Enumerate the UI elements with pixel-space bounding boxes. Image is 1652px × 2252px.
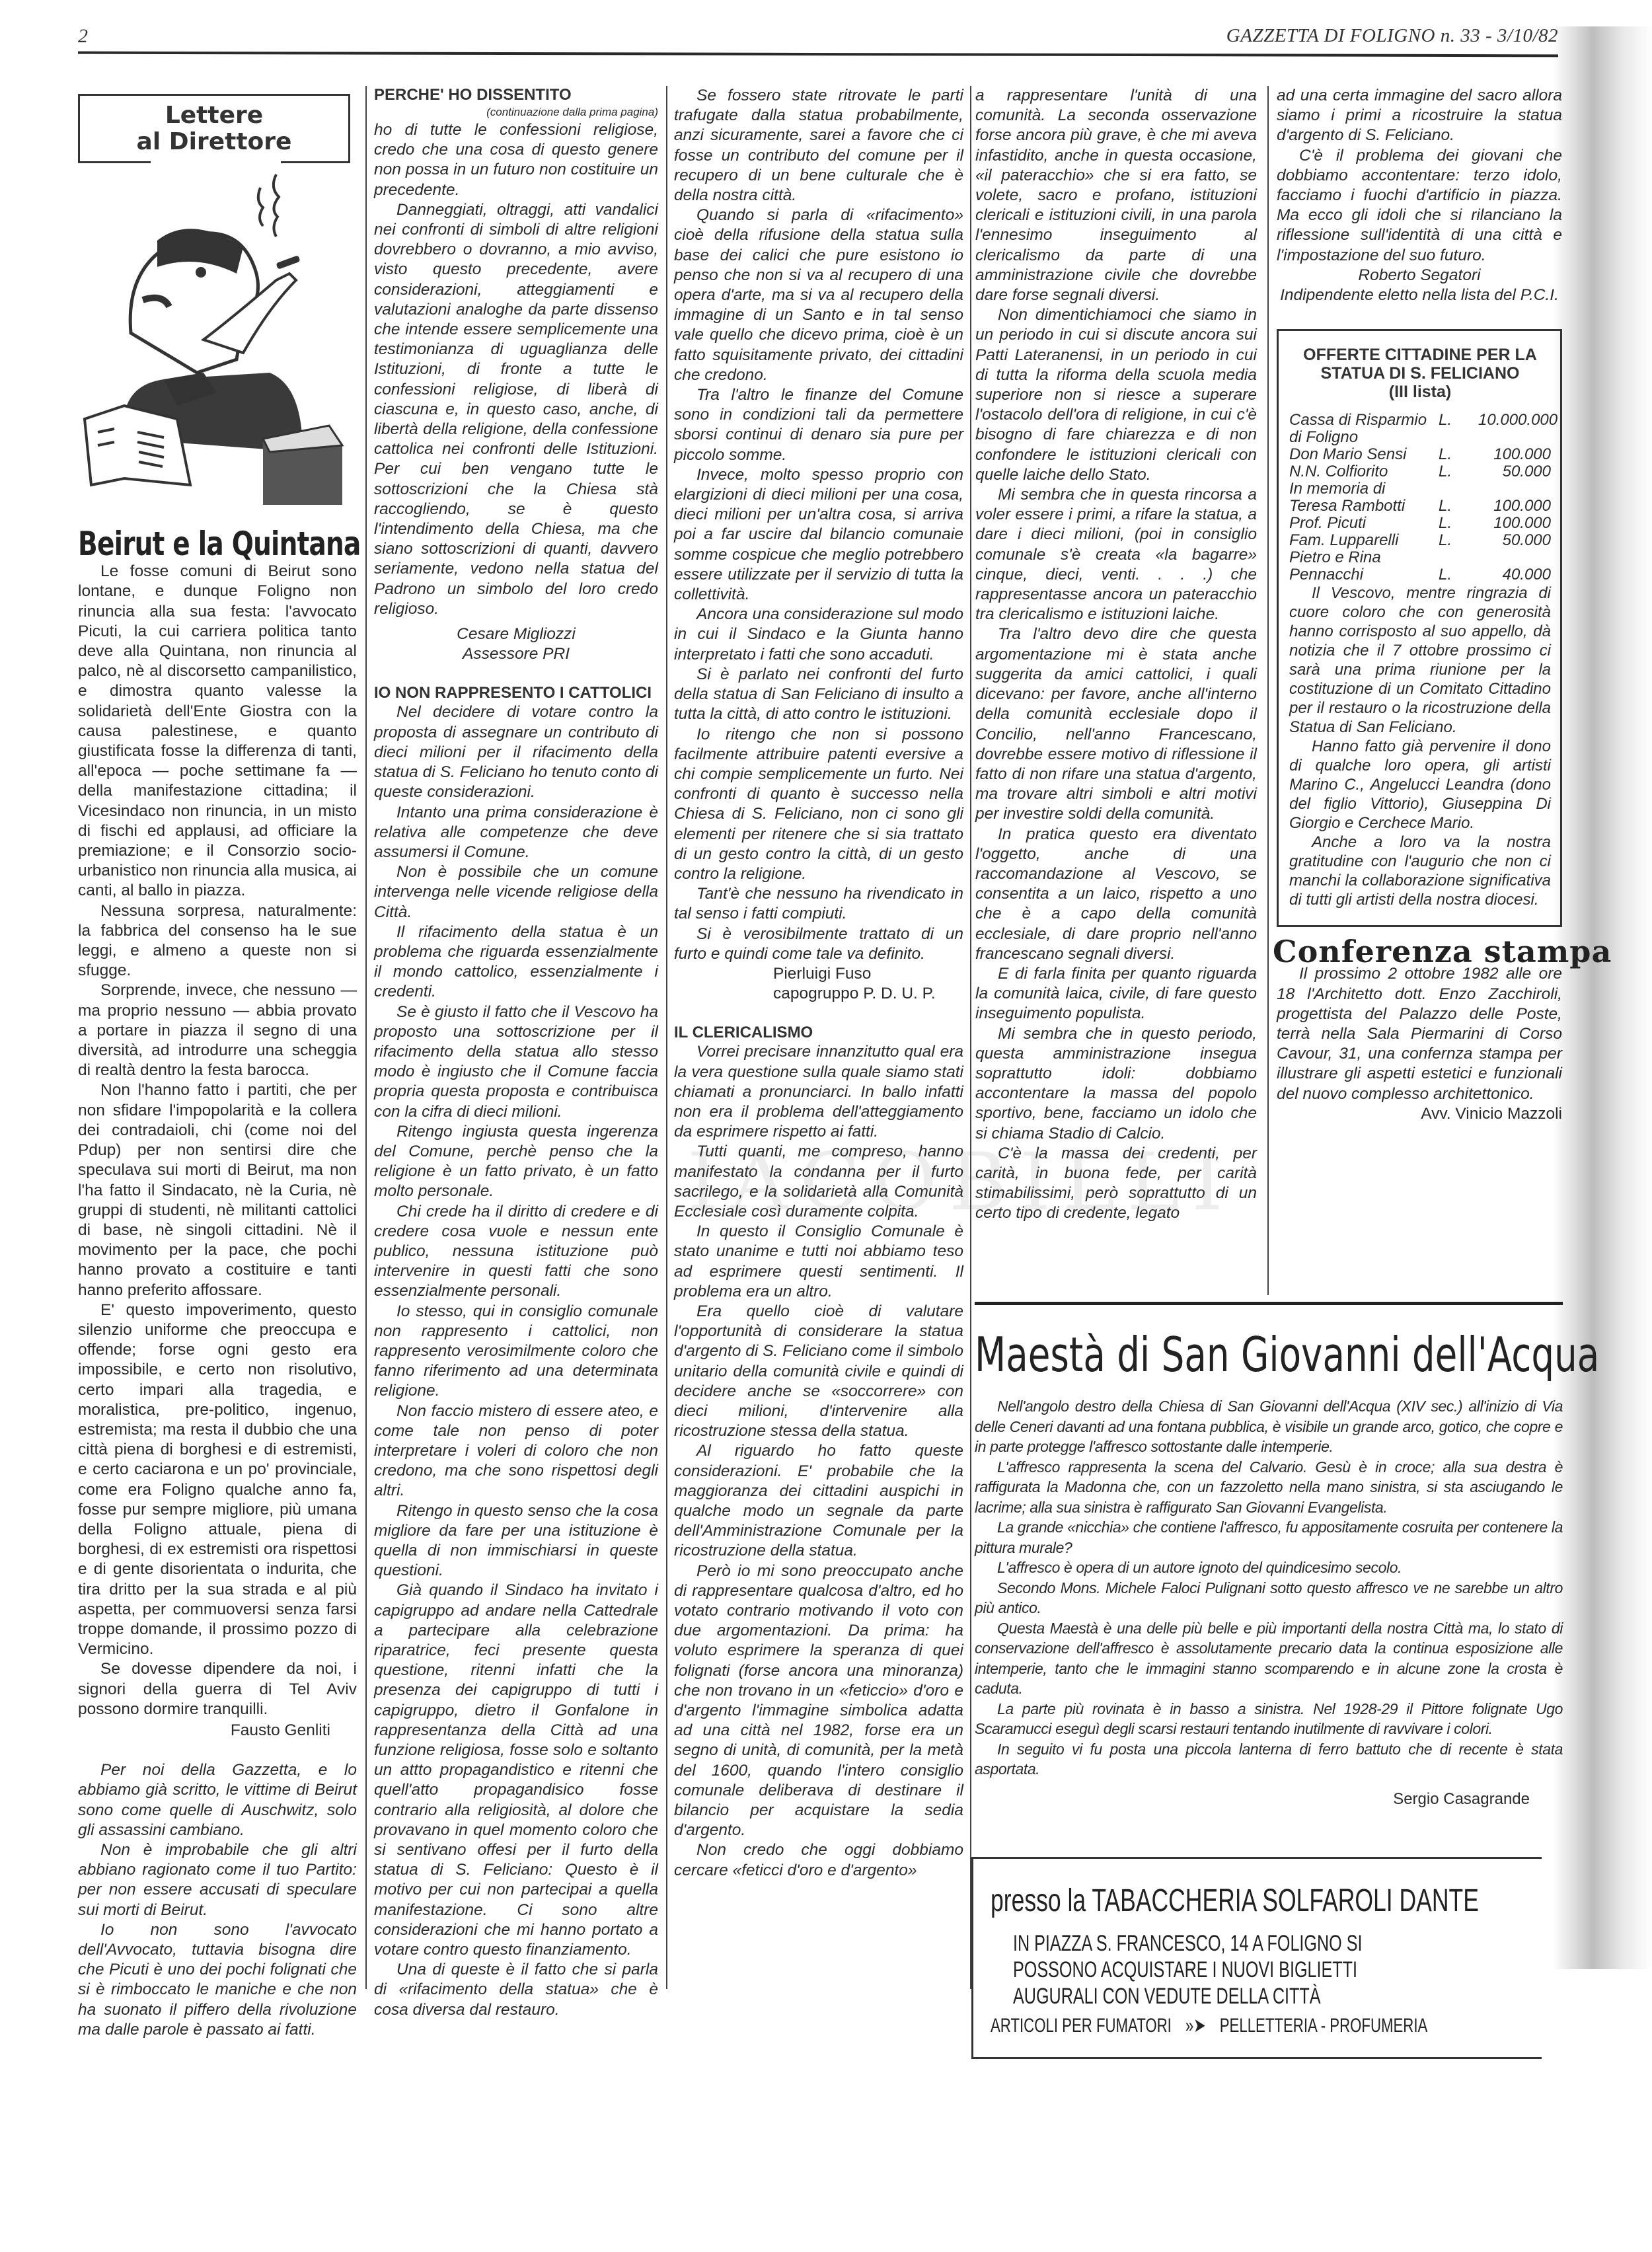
ad-line: IN PIAZZA S. FRANCESCO, 14 A FOLIGNO SI	[1013, 1930, 1362, 1957]
reply-paragraph: Io non sono l'avvocato dell'Avvocato, tu…	[78, 1920, 357, 2040]
signature: Fausto Genliti	[78, 1721, 357, 1741]
offer-row: PennacchiL.40.000	[1289, 566, 1551, 583]
column-divider	[365, 86, 367, 1989]
ad-body: IN PIAZZA S. FRANCESCO, 14 A FOLIGNO SI …	[1013, 1930, 1362, 2009]
paragraph: ho di tutte le confessioni religiose, cr…	[374, 120, 658, 200]
signature: Avv. Vinicio Mazzoli	[1277, 1104, 1562, 1124]
paragraph: Se dovesse dipendere da noi, i signori d…	[78, 1659, 357, 1719]
paragraph: Però io mi sono preoccupato anche di rap…	[674, 1561, 963, 1841]
paragraph: Mi sembra che in questa rincorsa a voler…	[975, 485, 1257, 624]
letters-to-editor-box: Lettere al Direttore	[78, 94, 350, 161]
conference-title: Conferenza stampa	[1273, 942, 1562, 961]
advertisement-box: presso la TABACCHERIA SOLFAROLI DANTE IN…	[971, 1857, 1542, 2059]
paragraph: Intanto una prima considerazione è relat…	[374, 803, 658, 863]
signature-role: capogruppo P. D. U. P.	[674, 984, 963, 1004]
paragraph: Quando si parla di «rifacimento» cioè de…	[674, 206, 963, 385]
paragraph: Ritengo ingiusta questa ingerenza del Co…	[374, 1122, 658, 1202]
offer-row: N.N. ColfioritoL.50.000	[1289, 463, 1551, 480]
paragraph: L'affresco è opera di un autore ignoto d…	[975, 1558, 1563, 1578]
ad-line: AUGURALI CON VEDUTE DELLA CITTÀ	[1013, 1983, 1362, 2009]
paragraph: Tra l'altro le finanze del Comune sono i…	[674, 385, 963, 465]
offer-row: Teresa RambottiL.100.000	[1289, 498, 1551, 515]
paragraph: In pratica questo era diventato l'oggett…	[975, 825, 1257, 964]
offers-box: OFFERTE CITTADINE PER LA STATUA DI S. FE…	[1277, 329, 1562, 927]
paragraph: Tutti quanti, me compreso, hanno manifes…	[674, 1142, 963, 1222]
paragraph: Tant'è che nessuno ha rivendicato in tal…	[674, 884, 963, 924]
column-divider	[1267, 86, 1269, 1295]
offer-row: di Foligno	[1289, 429, 1551, 446]
paragraph: Mi sembra che in questo periodo, questa …	[975, 1024, 1257, 1144]
paragraph: E di farla finita per quanto riguarda la…	[975, 964, 1257, 1024]
continuation-note: (continuazione dalla prima pagina)	[374, 104, 658, 120]
page-header: 2 GAZZETTA DI FOLIGNO n. 33 - 3/10/82	[78, 25, 1558, 65]
offer-row: Cassa di RisparmioL.10.000.000	[1289, 412, 1551, 429]
article-title: Beirut e la Quintana	[78, 534, 295, 554]
paragraph: Io ritengo che non si possono facilmente…	[674, 725, 963, 885]
offers-title: OFFERTE CITTADINE PER LA STATUA DI S. FE…	[1289, 346, 1551, 401]
page-edge-shadow	[1553, 26, 1652, 1969]
paragraph: Invece, molto spesso proprio con elargiz…	[674, 465, 963, 605]
section-heading: IO NON RAPPRESENTO I CATTOLICI	[374, 684, 658, 702]
signature-name: Roberto Segatori	[1277, 266, 1562, 285]
section-heading: PERCHE' HO DISSENTITO	[374, 86, 658, 104]
paragraph: Non credo che oggi dobbiamo cercare «fet…	[674, 1840, 963, 1880]
paragraph: Se è giusto il fatto che il Vescovo ha p…	[374, 1002, 658, 1122]
double-arrow-icon: »➤	[1185, 2015, 1206, 2037]
paragraph: Ancora una considerazione sul modo in cu…	[674, 605, 963, 665]
paragraph: Hanno fatto già pervenire il dono di qua…	[1289, 737, 1551, 833]
paragraph: Anche a loro va la nostra gratitudine co…	[1289, 833, 1551, 909]
paragraph: Sorprende, invece, che nessuno — ma prop…	[78, 981, 357, 1080]
paragraph: La grande «nicchia» che contiene l'affre…	[975, 1517, 1563, 1558]
column-segatori-offers: ad una certa immagine del sacro allora s…	[1277, 86, 1562, 1124]
masthead: GAZZETTA DI FOLIGNO n. 33 - 3/10/82	[1226, 25, 1558, 47]
paragraph: E' questo impoverimento, questo silenzio…	[78, 1300, 357, 1660]
signature-name: Cesare Migliozzi	[374, 624, 658, 644]
ad-footer-left: ARTICOLI PER FUMATORI	[991, 2015, 1172, 2037]
paragraph: C'è la massa dei credenti, per carità, i…	[975, 1144, 1257, 1224]
offers-title-line: (III lista)	[1389, 383, 1451, 401]
paragraph: Il rifacimento della statua è un problem…	[374, 922, 658, 1002]
paragraph: Vorrei precisare innanzitutto qual era l…	[674, 1042, 963, 1142]
reply-paragraph: Per noi della Gazzetta, e lo abbiamo già…	[78, 1760, 357, 1840]
signature-name: Pierluigi Fuso	[674, 964, 963, 984]
box-line-2: al Direttore	[80, 129, 348, 155]
offers-title-line: OFFERTE CITTADINE PER LA	[1303, 346, 1537, 364]
paragraph: C'è il problema dei giovani che dobbiamo…	[1277, 146, 1562, 266]
maesta-article: Maestà di San Giovanni dell'Acqua Nell'a…	[975, 1325, 1563, 1809]
paragraph: Le fosse comuni di Beirut sono lontane, …	[78, 562, 357, 901]
offer-row: Don Mario SensiL.100.000	[1289, 446, 1551, 463]
section-heading: IL CLERICALISMO	[674, 1024, 963, 1042]
paragraph: L'affresco rappresenta la scena del Calv…	[975, 1457, 1563, 1518]
paragraph: Se fossero state ritrovate le parti traf…	[674, 86, 963, 206]
offer-row: In memoria di	[1289, 480, 1551, 498]
paragraph: Nel decidere di votare contro la propost…	[374, 702, 658, 802]
box-line-1: Lettere	[80, 102, 348, 129]
paragraph: La parte più rovinata è in basso a sinis…	[975, 1699, 1563, 1739]
paragraph: Si è verosibilmente trattato di un furto…	[674, 924, 963, 964]
paragraph: Non dimentichiamoci che siamo in un peri…	[975, 305, 1257, 485]
paragraph: Chi crede ha il diritto di credere e di …	[374, 1202, 658, 1302]
paragraph: Era quello cioè di valutare l'opportunit…	[674, 1302, 963, 1441]
offer-row: Pietro e Rina	[1289, 549, 1551, 566]
paragraph: Danneggiati, oltraggi, atti vandalici ne…	[374, 200, 658, 619]
paragraph: In seguito vi fu posta una piccola lante…	[975, 1739, 1563, 1780]
ad-footer: ARTICOLI PER FUMATORI »➤ PELLETTERIA - P…	[991, 2014, 1427, 2037]
paragraph: In questo il Consiglio Comunale è stato …	[674, 1222, 963, 1302]
paragraph: Il Vescovo, mentre ringrazia di cuore co…	[1289, 583, 1551, 737]
signature-role: Assessore PRI	[374, 644, 658, 664]
ad-line: POSSONO ACQUISTARE I NUOVI BIGLIETTI	[1013, 1957, 1362, 1983]
man-reading-letters-smoking-illustration-icon	[78, 161, 357, 531]
column-divider	[970, 86, 971, 1989]
offer-row: Prof. PicutiL.100.000	[1289, 515, 1551, 532]
paragraph: Questa Maestà è una delle più belle e pi…	[975, 1618, 1563, 1699]
signature-role: Indipendente eletto nella lista del P.C.…	[1277, 285, 1562, 305]
column-fuso: Se fossero state ritrovate le parti traf…	[674, 86, 963, 1881]
paragraph: Non l'hanno fatto i partiti, che per non…	[78, 1080, 357, 1300]
paragraph: Al riguardo ho fatto queste considerazio…	[674, 1441, 963, 1561]
paragraph: Tra l'altro devo dire che questa argomen…	[975, 624, 1257, 824]
article-title: Maestà di San Giovanni dell'Acqua	[975, 1325, 1421, 1384]
column-dissent: PERCHE' HO DISSENTITO (continuazione dal…	[374, 86, 658, 2020]
signature: Sergio Casagrande	[975, 1790, 1563, 1809]
paragraph: Non faccio mistero di essere ateo, e com…	[374, 1402, 658, 1501]
paragraph: Io stesso, qui in consiglio comunale non…	[374, 1302, 658, 1402]
paragraph: Si è parlato nei confronti del furto del…	[674, 665, 963, 725]
paragraph: Nell'angolo destro della Chiesa di San G…	[975, 1396, 1563, 1457]
reply-paragraph: Non è improbabile che gli altri abbiano …	[78, 1840, 357, 1920]
column-clericalism-continued: a rappresentare l'unità di una comunità.…	[975, 86, 1257, 1224]
offers-title-line: STATUA DI S. FELICIANO	[1321, 364, 1520, 383]
paragraph: a rappresentare l'unità di una comunità.…	[975, 86, 1257, 305]
paragraph: Nessuna sorpresa, naturalmente: la fabbr…	[78, 901, 357, 981]
paragraph: Una di queste è il fatto che si parla di…	[374, 1960, 658, 2020]
paragraph: Secondo Mons. Michele Faloci Pulignani s…	[975, 1578, 1563, 1618]
paragraph: Già quando il Sindaco ha invitato i capi…	[374, 1581, 658, 1960]
paragraph: Non è possibile che un comune intervenga…	[374, 862, 658, 922]
offer-row: Fam. LupparelliL.50.000	[1289, 532, 1551, 549]
ad-footer-right: PELLETTERIA - PROFUMERIA	[1220, 2015, 1428, 2037]
ad-title: presso la TABACCHERIA SOLFAROLI DANTE	[991, 1883, 1479, 1919]
paragraph: ad una certa immagine del sacro allora s…	[1277, 86, 1562, 146]
paragraph: Ritengo in questo senso che la cosa migl…	[374, 1501, 658, 1581]
column-letters: Lettere al Direttore Beirut e la Quintan…	[78, 86, 357, 2040]
section-rule	[975, 1302, 1563, 1305]
paragraph: Il prossimo 2 ottobre 1982 alle ore 18 l…	[1277, 964, 1562, 1104]
column-divider	[666, 86, 667, 1989]
page-number: 2	[78, 25, 88, 48]
